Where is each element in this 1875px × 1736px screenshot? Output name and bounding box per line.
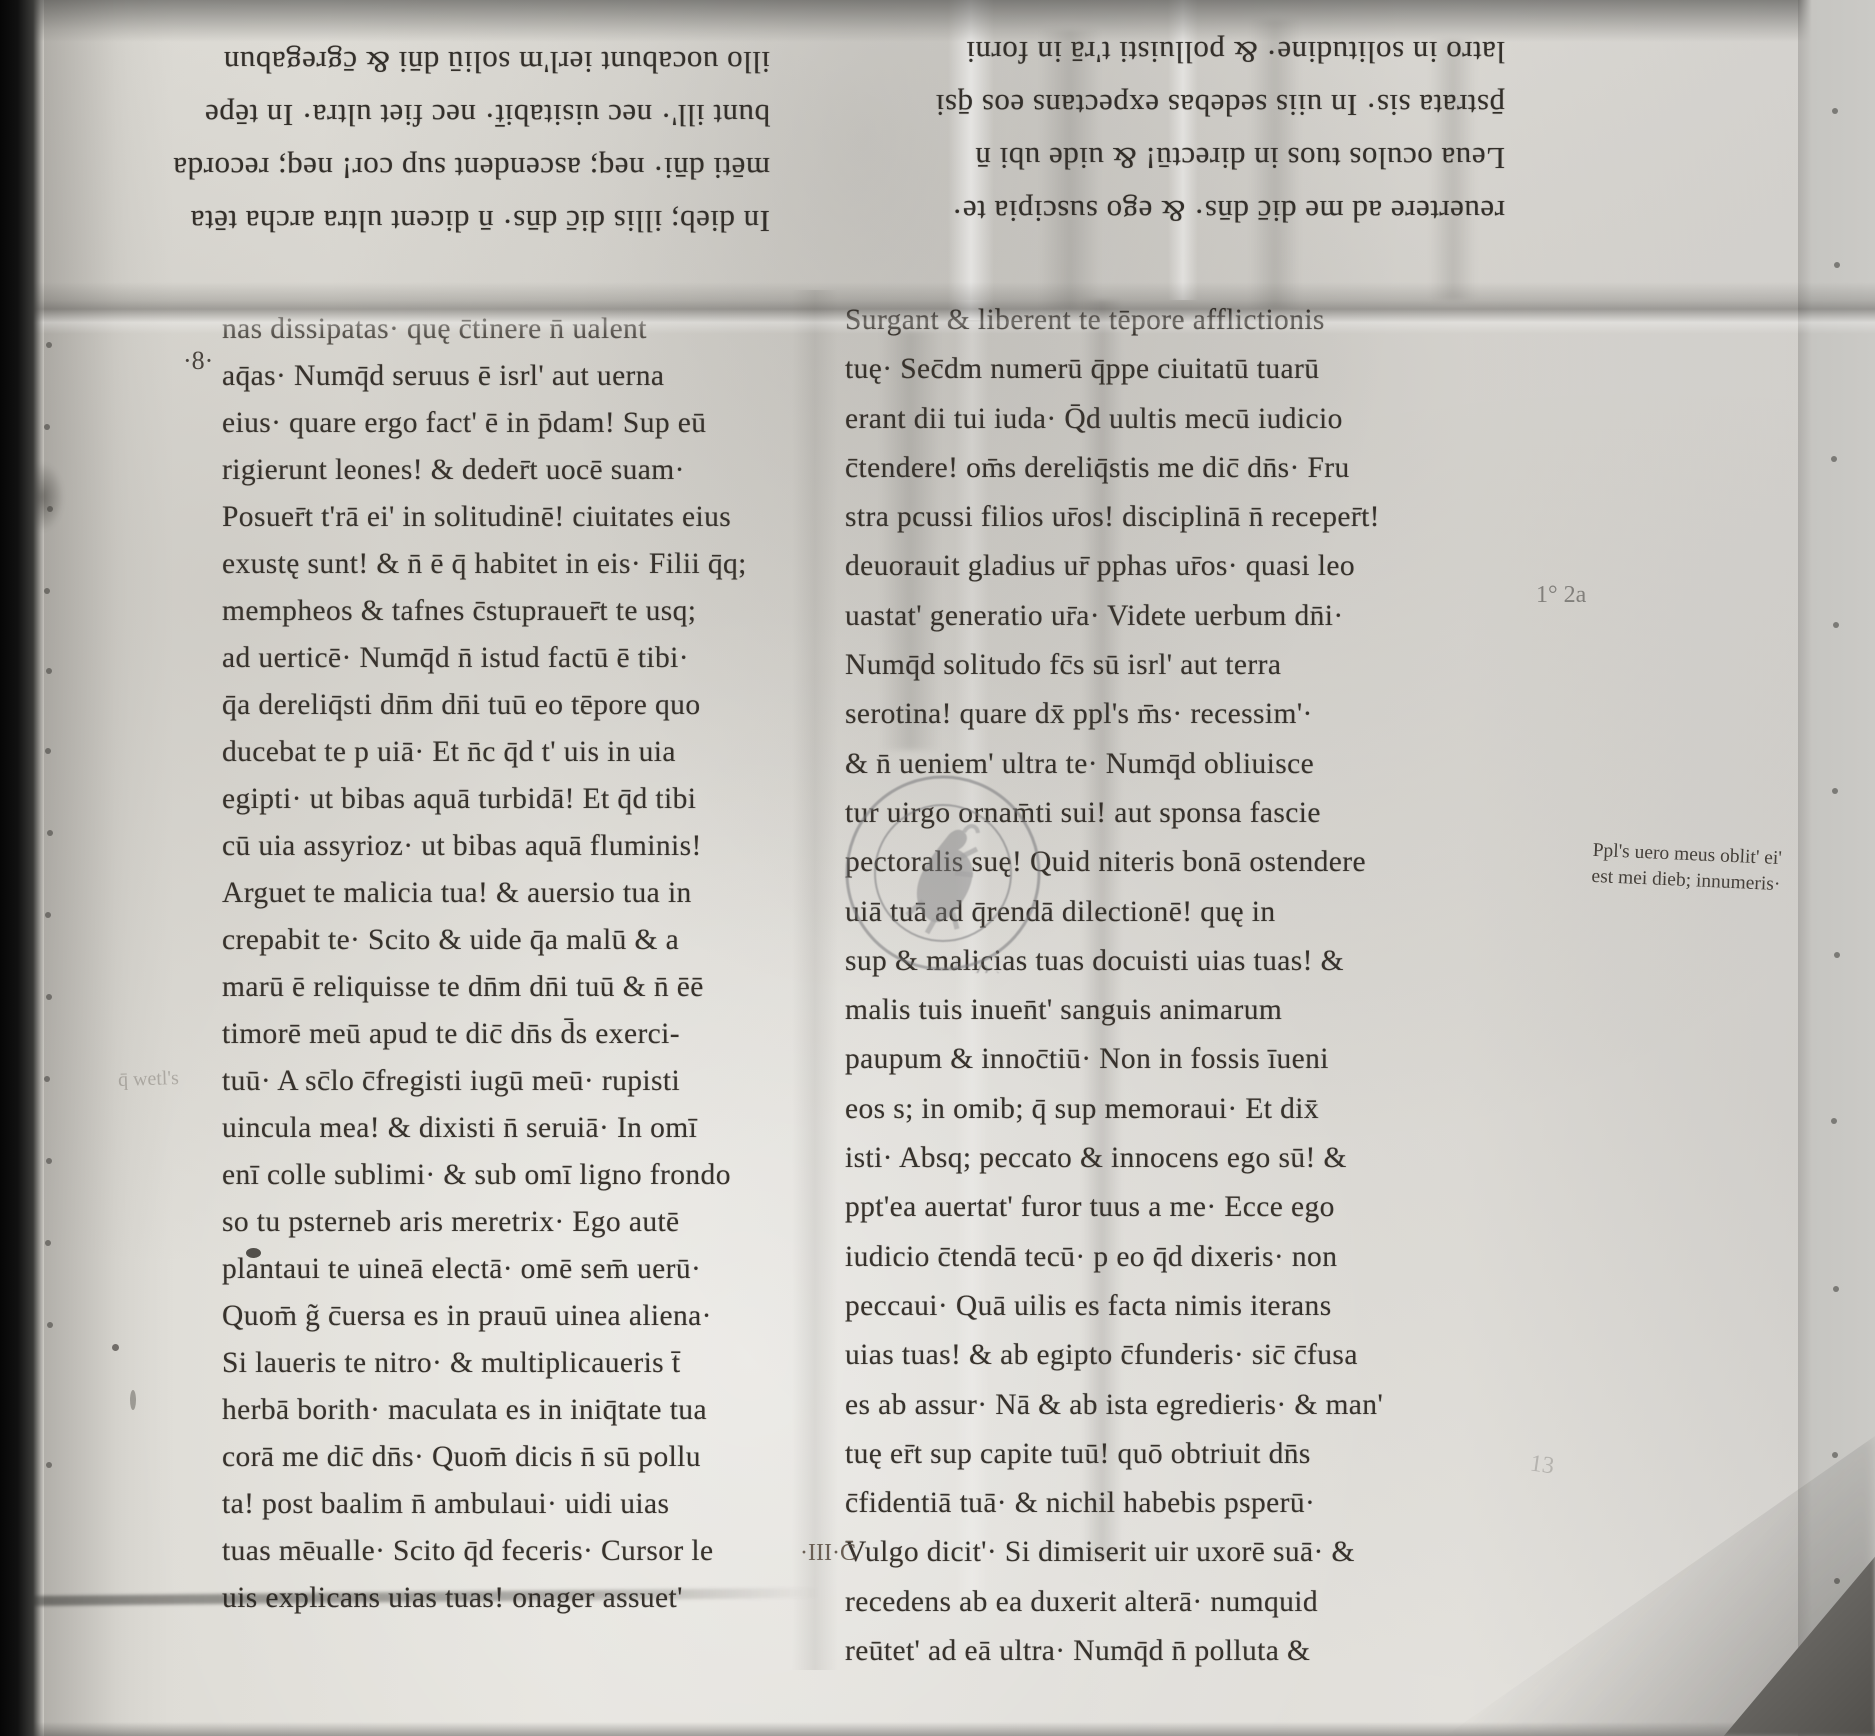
text-line: exustę sunt! & n̄ ē q̄ habitet in eis· F… xyxy=(222,541,797,588)
prick-mark xyxy=(1833,1286,1839,1292)
prick-mark xyxy=(1831,456,1837,462)
text-line: aq̄as· Numq̄d seruus ē isrl' aut uerna xyxy=(222,353,797,400)
prick-mark xyxy=(1832,788,1838,794)
chapter-mark: ·III·C̄ xyxy=(800,1540,856,1567)
prick-mark xyxy=(46,994,52,1000)
text-column-left: nas dissipatas· quę c̄tinere n̄ ualentaq… xyxy=(222,306,797,1622)
inverted-text-line: p̄strata sis· In uiis sedebas expectans … xyxy=(905,79,1505,132)
text-line: enī colle sublimi· & sub omī ligno frond… xyxy=(222,1152,797,1199)
marginal-note: Ppl's uero meus oblit' ei'est mei dieb; … xyxy=(1591,838,1782,898)
text-line: ppt'ea auertat' furor tuus a me· Ecce eg… xyxy=(845,1183,1405,1232)
text-line: Si laueris te nitro· & multiplicaueris t… xyxy=(222,1340,797,1387)
gutter-number-mark: ·8· xyxy=(183,346,213,376)
ink-smudge xyxy=(130,1390,136,1410)
text-line: peccaui· Quā uilis es facta nimis iteran… xyxy=(845,1282,1405,1331)
inverted-text-line: mēti dn̄i· neq; ascendent sup cor! neq; … xyxy=(225,142,770,195)
text-line: uastat' generatio ur̄a· Videte uerbum dn… xyxy=(845,592,1405,641)
text-line: tuū· A sc̄lo c̄fregisti iugū meū· rupist… xyxy=(222,1058,797,1105)
text-line: es ab assur· Nā & ab ista egredieris· & … xyxy=(845,1381,1405,1430)
text-line: herbā borith· maculata es in iniq̄tate t… xyxy=(222,1387,797,1434)
text-line: uincula mea! & dixisti n̄ seruiā· In omī xyxy=(222,1105,797,1152)
text-line: Numq̄d solitudo fc̄s sū isrl' aut terra xyxy=(845,641,1405,690)
pencil-mark: 13 xyxy=(1528,1450,1556,1480)
text-line: Vulgo dicit'· Si dimiserit uir uxorē suā… xyxy=(845,1528,1405,1577)
prick-mark xyxy=(46,1158,52,1164)
text-line: so tu psterneb aris meretrix· Ego autē xyxy=(222,1199,797,1246)
scan-bottom-shadow xyxy=(0,1722,1875,1736)
text-line: egipti· ut bibas aquā turbidā! Et q̄d ti… xyxy=(222,776,797,823)
text-line: q̄a dereliq̄sti dn̄m dn̄i tuū eo tēpore … xyxy=(222,682,797,729)
inverted-text-line: bunt ill'· nec uisitabit̄· nec fiet ultr… xyxy=(225,89,770,142)
text-line: corā me dic̄ dn̄s· Quom̄ dicis n̄ sū pol… xyxy=(222,1434,797,1481)
parchment-left-shading xyxy=(44,0,174,1736)
prick-mark xyxy=(1832,108,1838,114)
text-line: c̄fidentiā tuā· & nichil habebis psperū· xyxy=(845,1479,1405,1528)
scan-left-edge xyxy=(0,0,44,1736)
prick-mark xyxy=(45,748,51,754)
text-line: crepabit te· Scito & uide q̄a malū & a xyxy=(222,917,797,964)
text-line: serotina! quare dx̄ ppl's m̄s· recessim'… xyxy=(845,690,1405,739)
prick-mark xyxy=(45,912,51,918)
prick-mark xyxy=(44,1076,50,1082)
text-line: rigierunt leones! & deder̄t uocē suam· xyxy=(222,447,797,494)
stamp-lion-emblem xyxy=(907,826,978,933)
text-line: eius· quare ergo fact' ē in p̄dam! Sup e… xyxy=(222,400,797,447)
text-line: erant dii tui iuda· Q̄d uultis mecū iudi… xyxy=(845,395,1405,444)
text-line: eos s; in omib; q̄ sup memoraui· Et dix̄ xyxy=(845,1085,1405,1134)
text-line: ta! post baalim n̄ ambulaui· uidi uias xyxy=(222,1481,797,1528)
prick-mark xyxy=(45,1240,51,1246)
text-line: marū ē reliquisse te dn̄m dn̄i tuū & n̄ … xyxy=(222,964,797,1011)
inverted-text-line: illo uocabunt ierl'm soliū dn̄i & c̄greg… xyxy=(225,36,770,89)
text-line: mempheos & tafnes c̄stuprauer̄t te usq; xyxy=(222,588,797,635)
text-line: Arguet te malicia tua! & auersio tua in xyxy=(222,870,797,917)
text-line: tuas mēualle· Scito q̄d feceris· Cursor … xyxy=(222,1528,797,1575)
pencil-foliation-mark: 1° 2a xyxy=(1536,582,1586,609)
prick-mark xyxy=(47,830,53,836)
prick-mark xyxy=(44,424,50,430)
prick-mark xyxy=(1832,1452,1838,1458)
text-line: reūtet' ad eā ultra· Numq̄d n̄ polluta & xyxy=(845,1627,1405,1676)
text-line: tuę er̄t sup capite tuū! quō obtriuit dn… xyxy=(845,1430,1405,1479)
stamp-legend: + DUDERSTADIENSIS + xyxy=(950,953,1043,973)
prick-mark xyxy=(46,1462,52,1468)
text-line: recedens ab ea duxerit alterā· numquid xyxy=(845,1578,1405,1627)
text-line: cū uia assyrioz· ut bibas aquā fluminis! xyxy=(222,823,797,870)
inverted-text-line: In dieb; illis dic̄ dn̄s· n̄ dicent ultr… xyxy=(225,195,770,248)
prick-mark xyxy=(44,588,50,594)
column-gutter-shading xyxy=(792,290,838,1670)
fold-crease xyxy=(0,282,1875,334)
text-line: paupum & innoc̄tiū· Non in fossis īueni xyxy=(845,1035,1405,1084)
inverted-text-line: latro in solitudine· & polluisti t'rā in… xyxy=(905,26,1505,79)
library-stamp: + DUDERSTADIENSIS + xyxy=(843,773,1043,973)
text-line: uias tuas! & ab egipto c̄funderis· sic̄ … xyxy=(845,1331,1405,1380)
prick-mark xyxy=(47,506,53,512)
faint-marginal-gloss: q̄ wetl's xyxy=(118,1067,180,1092)
text-line: c̄tendere! om̄s dereliq̄stis me dic̄ dn̄… xyxy=(845,444,1405,493)
prick-mark xyxy=(1831,1118,1837,1124)
ink-blot xyxy=(112,1344,119,1351)
text-line: isti· Absq; peccato & innocens ego sū! & xyxy=(845,1134,1405,1183)
prick-mark xyxy=(1834,952,1840,958)
text-line: iudicio c̄tendā tecū· p eo q̄d dixeris· … xyxy=(845,1233,1405,1282)
text-line: Posuer̄t t'rā ei' in solitudinē! ciuitat… xyxy=(222,494,797,541)
text-line: ducebat te p uiā· Et n̄c q̄d t' uis in u… xyxy=(222,729,797,776)
manuscript-scan: In dieb; illis dic̄ dn̄s· n̄ dicent ultr… xyxy=(0,0,1875,1736)
text-line: ad uerticē· Numq̄d n̄ istud factū ē tibi… xyxy=(222,635,797,682)
prick-mark xyxy=(46,668,52,674)
inverted-text-line: reuertere ad me dic̄ dn̄s· & ego suscipi… xyxy=(905,185,1505,238)
text-line: timorē meū apud te dic̄ dn̄s d̄s exerci- xyxy=(222,1011,797,1058)
text-line: deuorauit gladius ur̄ pphas ur̄os· quasi… xyxy=(845,542,1405,591)
flap-inverted-text-left: In dieb; illis dic̄ dn̄s· n̄ dicent ultr… xyxy=(225,36,770,248)
text-line: Quom̄ g̃ c̄uersa es in prauū uinea alien… xyxy=(222,1293,797,1340)
text-line: plantaui te uineā electā· omē sem̄ uerū· xyxy=(222,1246,797,1293)
prick-mark xyxy=(46,342,52,348)
flap-inverted-text-right: reuertere ad me dic̄ dn̄s· & ego suscipi… xyxy=(905,26,1505,238)
prick-mark xyxy=(1834,262,1840,268)
prick-mark xyxy=(1833,622,1839,628)
text-line: stra pcussi filios ur̄os! disciplinā n̄ … xyxy=(845,493,1405,542)
inverted-text-line: Leua oculos tuos in directū! & uide ubi … xyxy=(905,132,1505,185)
text-line: tuę· Sec̄dm numerū q̄ppe ciuitatū tuarū xyxy=(845,345,1405,394)
text-column-right: Surgant & liberent te tēpore afflictioni… xyxy=(845,296,1405,1676)
text-line: malis tuis inuen̄t' sanguis animarum xyxy=(845,986,1405,1035)
prick-mark xyxy=(47,1322,53,1328)
